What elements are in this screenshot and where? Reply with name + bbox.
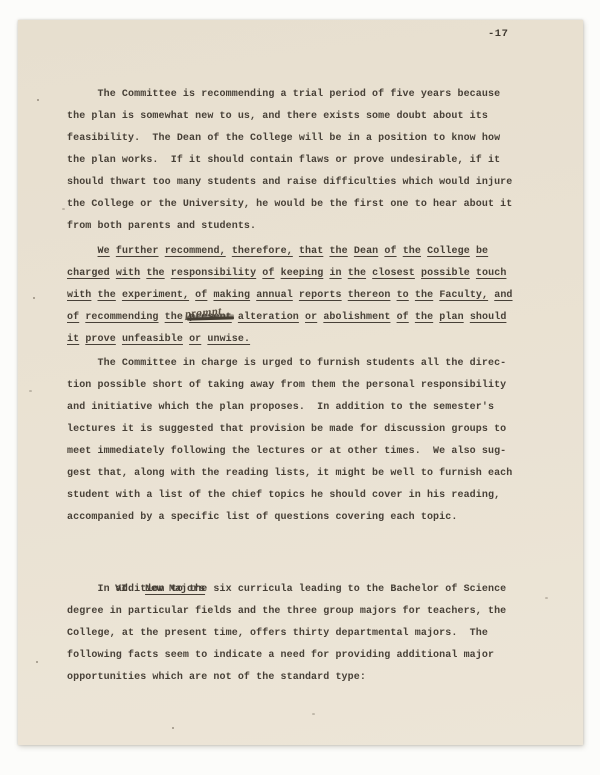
underlined-word: of <box>262 268 274 279</box>
text-line: The Committee is recommending a trial pe… <box>67 84 559 106</box>
paragraph-recommendation-underlined: We further recommend, therefore, that th… <box>67 241 559 351</box>
underlined-word: unwise. <box>207 334 250 345</box>
text-line: it prove unfeasible or unwise. <box>67 329 559 351</box>
text-line: with the experiment, of making annual re… <box>67 285 559 307</box>
paragraph-committee-direction: The Committee in charge is urged to furn… <box>67 353 559 529</box>
underlined-word: be <box>476 246 488 257</box>
underlined-word: Faculty, <box>439 290 488 301</box>
underlined-word: prove <box>85 334 116 345</box>
paragraph-trial-period: The Committee is recommending a trial pe… <box>67 84 559 238</box>
underlined-word: thereon <box>348 290 391 301</box>
paper-speck <box>36 661 38 663</box>
underlined-word: in <box>329 268 341 279</box>
paper-speck <box>29 390 32 392</box>
text-line: and initiative which the plan proposes. … <box>67 397 559 419</box>
paper-speck <box>172 727 174 729</box>
underlined-word: unfeasible <box>122 334 183 345</box>
underlined-word: the <box>165 312 183 323</box>
underlined-word: the <box>146 268 164 279</box>
underlined-word: of <box>195 290 207 301</box>
underlined-word: annual <box>256 290 293 301</box>
paper-speck <box>312 713 315 715</box>
underlined-word: of <box>384 246 396 257</box>
underlined-word: experiment, <box>122 290 189 301</box>
underlined-word: keeping <box>281 268 324 279</box>
underlined-word: further <box>116 246 159 257</box>
page-number: -17 <box>488 28 508 40</box>
text-line: charged with the responsibility of keepi… <box>67 263 559 285</box>
handwritten-correction: prompt <box>184 300 223 325</box>
section-heading-new-majors: VI.New Majors <box>67 557 559 579</box>
paper-speck <box>62 208 65 210</box>
underlined-word: therefore, <box>232 246 293 257</box>
underlined-word: closest <box>372 268 415 279</box>
underlined-word: alteration <box>238 312 299 323</box>
text-line: of recommending the presentprompt altera… <box>67 307 559 329</box>
underlined-word: to <box>397 290 409 301</box>
underlined-word: or <box>305 312 317 323</box>
text-line: the plan is somewhat new to us, and ther… <box>67 106 559 128</box>
text-line: the plan works. If it should contain fla… <box>67 150 559 172</box>
underlined-word: the <box>329 246 347 257</box>
underlined-word: with <box>116 268 140 279</box>
underlined-word: the <box>98 290 116 301</box>
underlined-word: with <box>67 290 91 301</box>
text-line: student with a list of the chief topics … <box>67 485 559 507</box>
underlined-word: possible <box>421 268 470 279</box>
underlined-word: of <box>67 312 79 323</box>
underlined-word: reports <box>299 290 342 301</box>
underlined-word: charged <box>67 268 110 279</box>
struck-out-word: presentprompt <box>189 307 232 329</box>
underlined-word: recommending <box>85 312 158 323</box>
text-line: degree in particular fields and the thre… <box>67 601 559 623</box>
underlined-word: of <box>397 312 409 323</box>
underlined-word: touch <box>476 268 507 279</box>
underlined-word: recommend, <box>165 246 226 257</box>
underlined-word: Dean <box>354 246 378 257</box>
underlined-word: the <box>348 268 366 279</box>
text-line: The Committee in charge is urged to furn… <box>67 353 559 375</box>
underlined-word: making <box>213 290 250 301</box>
underlined-word: College <box>427 246 470 257</box>
underlined-word: the <box>415 312 433 323</box>
underlined-word: should <box>470 312 507 323</box>
text-line: In addition to the six curricula leading… <box>67 579 559 601</box>
paper-speck <box>33 297 35 299</box>
underlined-word: that <box>299 246 323 257</box>
underlined-word: the <box>415 290 433 301</box>
text-line: the College or the University, he would … <box>67 194 559 216</box>
underlined-word: plan <box>439 312 463 323</box>
paper-speck <box>37 99 39 101</box>
text-line: meet immediately following the lectures … <box>67 441 559 463</box>
text-line: accompanied by a specific list of questi… <box>67 507 559 529</box>
text-line: We further recommend, therefore, that th… <box>67 241 559 263</box>
text-line: tion possible short of taking away from … <box>67 375 559 397</box>
text-line: feasibility. The Dean of the College wil… <box>67 128 559 150</box>
scan-background: -17 The Committee is recommending a tria… <box>0 0 600 775</box>
text-line: opportunities which are not of the stand… <box>67 667 559 689</box>
document-page: -17 The Committee is recommending a tria… <box>18 20 583 745</box>
text-line: following facts seem to indicate a need … <box>67 645 559 667</box>
underlined-word: abolishment <box>323 312 390 323</box>
underlined-word: or <box>189 334 201 345</box>
underlined-word: it <box>67 334 79 345</box>
text-line: College, at the present time, offers thi… <box>67 623 559 645</box>
underlined-word: and <box>494 290 512 301</box>
text-line: should thwart too many students and rais… <box>67 172 559 194</box>
paragraph-new-majors-intro: In addition to the six curricula leading… <box>67 579 559 689</box>
underlined-word: responsibility <box>171 268 256 279</box>
underlined-word: the <box>403 246 421 257</box>
document-body: The Committee is recommending a trial pe… <box>67 84 559 689</box>
text-line: gest that, along with the reading lists,… <box>67 463 559 485</box>
text-line: lectures it is suggested that provision … <box>67 419 559 441</box>
text-line: from both parents and students. <box>67 216 559 238</box>
underlined-word: We <box>98 246 110 257</box>
